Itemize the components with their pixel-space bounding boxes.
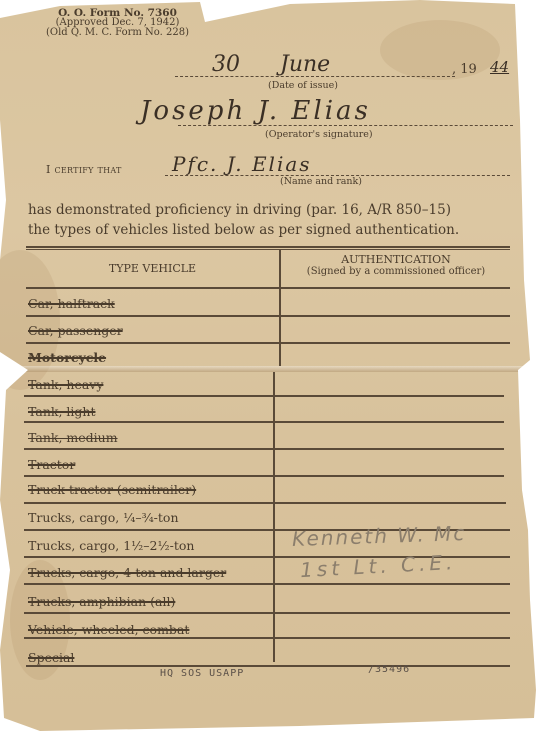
row-rule [24, 395, 504, 397]
vehicle-row: Vehicle, wheeled, combat [28, 622, 189, 637]
col-header-vehicle: TYPE VEHICLE [26, 262, 279, 275]
vehicle-label: Vehicle, wheeled, combat [28, 622, 189, 637]
row-rule [24, 583, 510, 585]
tear-crease [0, 366, 530, 372]
form-header: O. O. Form No. 7360 (Approved Dec. 7, 19… [30, 8, 205, 38]
row-rule [24, 448, 504, 450]
row-rule [24, 637, 510, 639]
vehicle-row: Trucks, amphibian (all) [28, 594, 175, 609]
vehicle-label: Motorcycle [28, 350, 106, 365]
certify-prefix: I certify that [46, 163, 122, 176]
hq-stamp: HQ SOS USAPP [160, 668, 244, 679]
row-rule [26, 342, 510, 344]
vehicle-label: Truck-tractor (semitrailer) [28, 482, 196, 497]
vehicle-label: Car, passenger [28, 323, 123, 338]
date-year-prefix: , 19 [452, 62, 477, 77]
operator-signature: Joseph J. Elias [140, 96, 371, 126]
serial-stamp: /35496 [368, 664, 410, 675]
vehicle-row: Motorcycle [28, 350, 106, 365]
row-rule [24, 475, 504, 477]
vehicle-row: Trucks, cargo, ¼–¾-ton [28, 510, 179, 525]
vehicle-label: Trucks, cargo, 1½–2½-ton [28, 538, 194, 553]
table-top-rule [26, 246, 510, 248]
vehicle-row: Trucks, cargo, 1½–2½-ton [28, 538, 194, 553]
date-month: June [280, 52, 330, 77]
table-top-rule-2 [26, 249, 510, 250]
vehicle-label: Trucks, amphibian (all) [28, 594, 175, 609]
name-rank-handwritten: Pfc. J. Elias [172, 152, 312, 176]
vehicle-row: Tractor [28, 457, 75, 472]
name-rank-label: (Name and rank) [280, 176, 362, 187]
row-rule [26, 315, 510, 317]
vehicle-label: Trucks, cargo, ¼–¾-ton [28, 510, 179, 525]
form-paper: O. O. Form No. 7360 (Approved Dec. 7, 19… [0, 0, 540, 731]
vehicle-label: Tractor [28, 457, 75, 472]
vehicle-label: Tank, light [28, 404, 95, 419]
table-bottom-rule [26, 665, 510, 667]
row-rule [24, 612, 510, 614]
vehicle-label: Trucks, cargo, 4-ton and larger [28, 565, 226, 580]
date-day: 30 [212, 52, 240, 77]
vehicle-row: Tank, heavy [28, 377, 103, 392]
table-column-divider [279, 250, 281, 366]
certification-text: has demonstrated proficiency in driving … [28, 200, 528, 240]
date-label: (Date of issue) [268, 80, 338, 91]
paper-stain [380, 20, 500, 80]
vehicle-label: Tank, heavy [28, 377, 103, 392]
certification-line-2: the types of vehicles listed below as pe… [28, 220, 528, 240]
certification-line-1: has demonstrated proficiency in driving … [28, 200, 528, 220]
signature-label: (Operator's signature) [265, 129, 373, 140]
vehicle-label: Tank, medium [28, 430, 118, 445]
vehicle-label: Special [28, 650, 74, 665]
vehicle-row: Trucks, cargo, 4-ton and larger [28, 565, 226, 580]
row-rule [24, 421, 504, 423]
row-rule [24, 502, 506, 504]
vehicle-row: Truck-tractor (semitrailer) [28, 482, 196, 497]
authentication-title: AUTHENTICATION [282, 254, 510, 266]
authentication-rank: 1st Lt. C.E. [299, 550, 456, 582]
date-year: 44 [490, 58, 509, 76]
table-column-divider-lower [273, 372, 275, 662]
signature-line [178, 125, 513, 126]
vehicle-row: Special [28, 650, 74, 665]
col-header-authentication: AUTHENTICATION (Signed by a commissioned… [282, 254, 510, 278]
authentication-signature: Kenneth W. Mc [292, 521, 467, 551]
form-old-number: (Old Q. M. C. Form No. 228) [30, 28, 205, 38]
vehicle-row: Tank, light [28, 404, 95, 419]
vehicle-label: Car, halftrack [28, 296, 115, 311]
header-bottom-rule [26, 287, 510, 289]
authentication-subtitle: (Signed by a commissioned officer) [282, 266, 510, 278]
vehicle-row: Car, halftrack [28, 296, 115, 311]
vehicle-row: Tank, medium [28, 430, 118, 445]
vehicle-row: Car, passenger [28, 323, 123, 338]
